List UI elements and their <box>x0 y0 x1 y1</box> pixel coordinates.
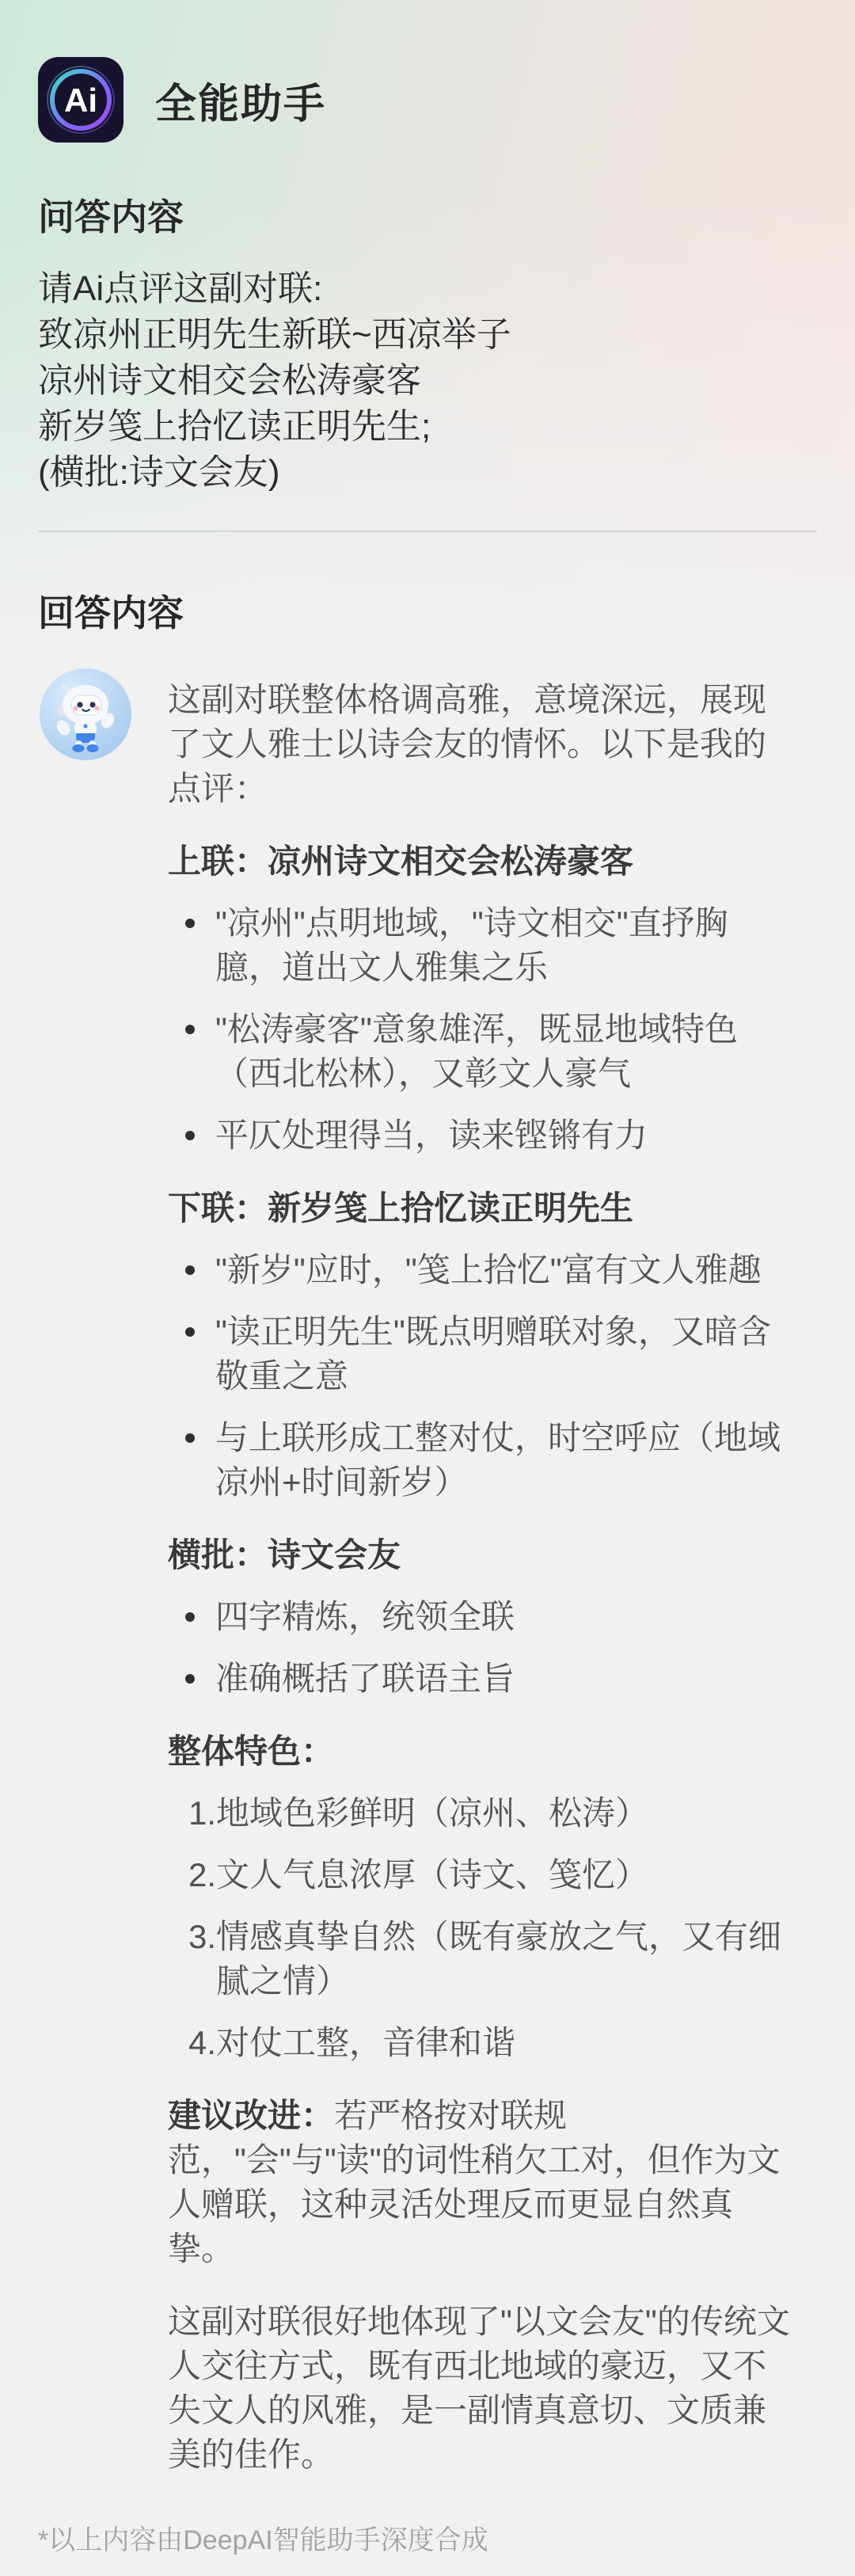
item-text: 文人气息浓厚（诗文、笺忆） <box>216 1853 793 1897</box>
bullet-text: 与上联形成工整对仗，时空呼应（地域凉州+时间新岁） <box>215 1416 793 1505</box>
item-number: 2. <box>188 1853 216 1897</box>
bullet-dot-icon <box>185 919 195 928</box>
item-text: 对仗工整，音律和谐 <box>216 2021 793 2065</box>
question-line: 致凉州正明先生新联~西凉举子 <box>38 312 817 358</box>
answer-intro: 这副对联整体格调高雅，意境深远，展现了文人雅士以诗会友的情怀。以下是我的点评： <box>168 678 793 811</box>
page: Ai 全能助手 问答内容 请Ai点评这副对联: 致凉州正明先生新联~西凉举子 凉… <box>0 0 855 2576</box>
app-icon-label: Ai <box>64 82 97 119</box>
heading-shanglian: 上联：凉州诗文相交会松涛豪客 <box>168 839 793 884</box>
answer-section-title: 回答内容 <box>38 584 817 637</box>
ai-app-icon: Ai <box>38 57 123 143</box>
answer-row: 这副对联整体格调高雅，意境深远，展现了文人雅士以诗会友的情怀。以下是我的点评： … <box>0 668 855 2477</box>
bullet-dot-icon <box>185 1131 195 1140</box>
item-text: 地域色彩鲜明（凉州、松涛） <box>216 1791 793 1836</box>
section-divider <box>38 531 817 532</box>
list-item: "凉州"点明地域，"诗文相交"直抒胸臆，道出文人雅集之乐 <box>168 901 793 990</box>
numbered-item: 3. 情感真挚自然（既有豪放之气，又有细腻之情） <box>168 1915 793 2003</box>
item-number: 3. <box>188 1915 216 2003</box>
bullet-dot-icon <box>185 1265 195 1275</box>
question-line: 请Ai点评这副对联: <box>38 266 817 312</box>
question-line: 新岁笺上拾忆读正明先生; <box>38 404 817 450</box>
conclusion-paragraph: 这副对联很好地体现了"以文会友"的传统文人交往方式，既有西北地域的豪迈，又不失文… <box>168 2300 793 2477</box>
disclaimer: *以上内容由DeepAI智能助手深度合成 <box>38 2523 855 2558</box>
answer-content: 这副对联整体格调高雅，意境深远，展现了文人雅士以诗会友的情怀。以下是我的点评： … <box>168 668 793 2477</box>
bullet-text: 平仄处理得当，读来铿锵有力 <box>215 1113 793 1158</box>
bullet-text: "松涛豪客"意象雄浑，既显地域特色（西北松林），又彰文人豪气 <box>215 1007 793 1096</box>
list-item: 平仄处理得当，读来铿锵有力 <box>168 1113 793 1158</box>
bullet-text: 准确概括了联语主旨 <box>215 1657 793 1701</box>
hero-section: Ai 全能助手 问答内容 请Ai点评这副对联: 致凉州正明先生新联~西凉举子 凉… <box>0 0 855 668</box>
bullet-dot-icon <box>185 1433 195 1443</box>
app-title: 全能助手 <box>155 70 326 130</box>
list-item: 准确概括了联语主旨 <box>168 1657 793 1701</box>
list-item: "读正明先生"既点明赠联对象，又暗含敬重之意 <box>168 1310 793 1398</box>
ai-logo-icon: Ai <box>38 57 123 143</box>
list-item: "松涛豪客"意象雄浑，既显地域特色（西北松林），又彰文人豪气 <box>168 1007 793 1096</box>
bullet-dot-icon <box>185 1674 195 1684</box>
question-section-title: 问答内容 <box>38 188 817 241</box>
item-text: 情感真挚自然（既有豪放之气，又有细腻之情） <box>216 1915 793 2003</box>
bullet-text: "凉州"点明地域，"诗文相交"直抒胸臆，道出文人雅集之乐 <box>215 901 793 990</box>
item-number: 4. <box>188 2021 216 2065</box>
numbered-item: 2. 文人气息浓厚（诗文、笺忆） <box>168 1853 793 1897</box>
bullet-text: 四字精炼，统领全联 <box>215 1595 793 1639</box>
bullet-dot-icon <box>185 1612 195 1622</box>
suggestion-paragraph: 建议改进：若严格按对联规 范，"会"与"读"的词性稍欠工对，但作为文人赠联，这种… <box>168 2094 793 2271</box>
question-line: 凉州诗文相交会松涛豪客 <box>38 358 817 404</box>
bullet-text: "新岁"应时，"笺上拾忆"富有文人雅趣 <box>215 1248 793 1292</box>
question-text: 请Ai点评这副对联: 致凉州正明先生新联~西凉举子 凉州诗文相交会松涛豪客 新岁… <box>38 266 817 496</box>
item-number: 1. <box>188 1791 216 1836</box>
numbered-item: 1. 地域色彩鲜明（凉州、松涛） <box>168 1791 793 1836</box>
robot-mascot-icon <box>40 668 131 760</box>
bullet-dot-icon <box>185 1327 195 1337</box>
robot-avatar <box>40 668 131 760</box>
heading-overall: 整体特色： <box>168 1729 793 1774</box>
suggestion-label: 建议改进： <box>168 2097 334 2134</box>
list-item: "新岁"应时，"笺上拾忆"富有文人雅趣 <box>168 1248 793 1292</box>
heading-hengpi: 横批：诗文会友 <box>168 1533 793 1577</box>
app-header: Ai 全能助手 <box>38 57 817 143</box>
question-line: (横批:诗文会友) <box>38 450 817 496</box>
numbered-item: 4. 对仗工整，音律和谐 <box>168 2021 793 2065</box>
list-item: 四字精炼，统领全联 <box>168 1595 793 1639</box>
heading-xialian: 下联：新岁笺上拾忆读正明先生 <box>168 1186 793 1231</box>
list-item: 与上联形成工整对仗，时空呼应（地域凉州+时间新岁） <box>168 1416 793 1505</box>
bullet-text: "读正明先生"既点明赠联对象，又暗含敬重之意 <box>215 1310 793 1398</box>
bullet-dot-icon <box>185 1025 195 1034</box>
